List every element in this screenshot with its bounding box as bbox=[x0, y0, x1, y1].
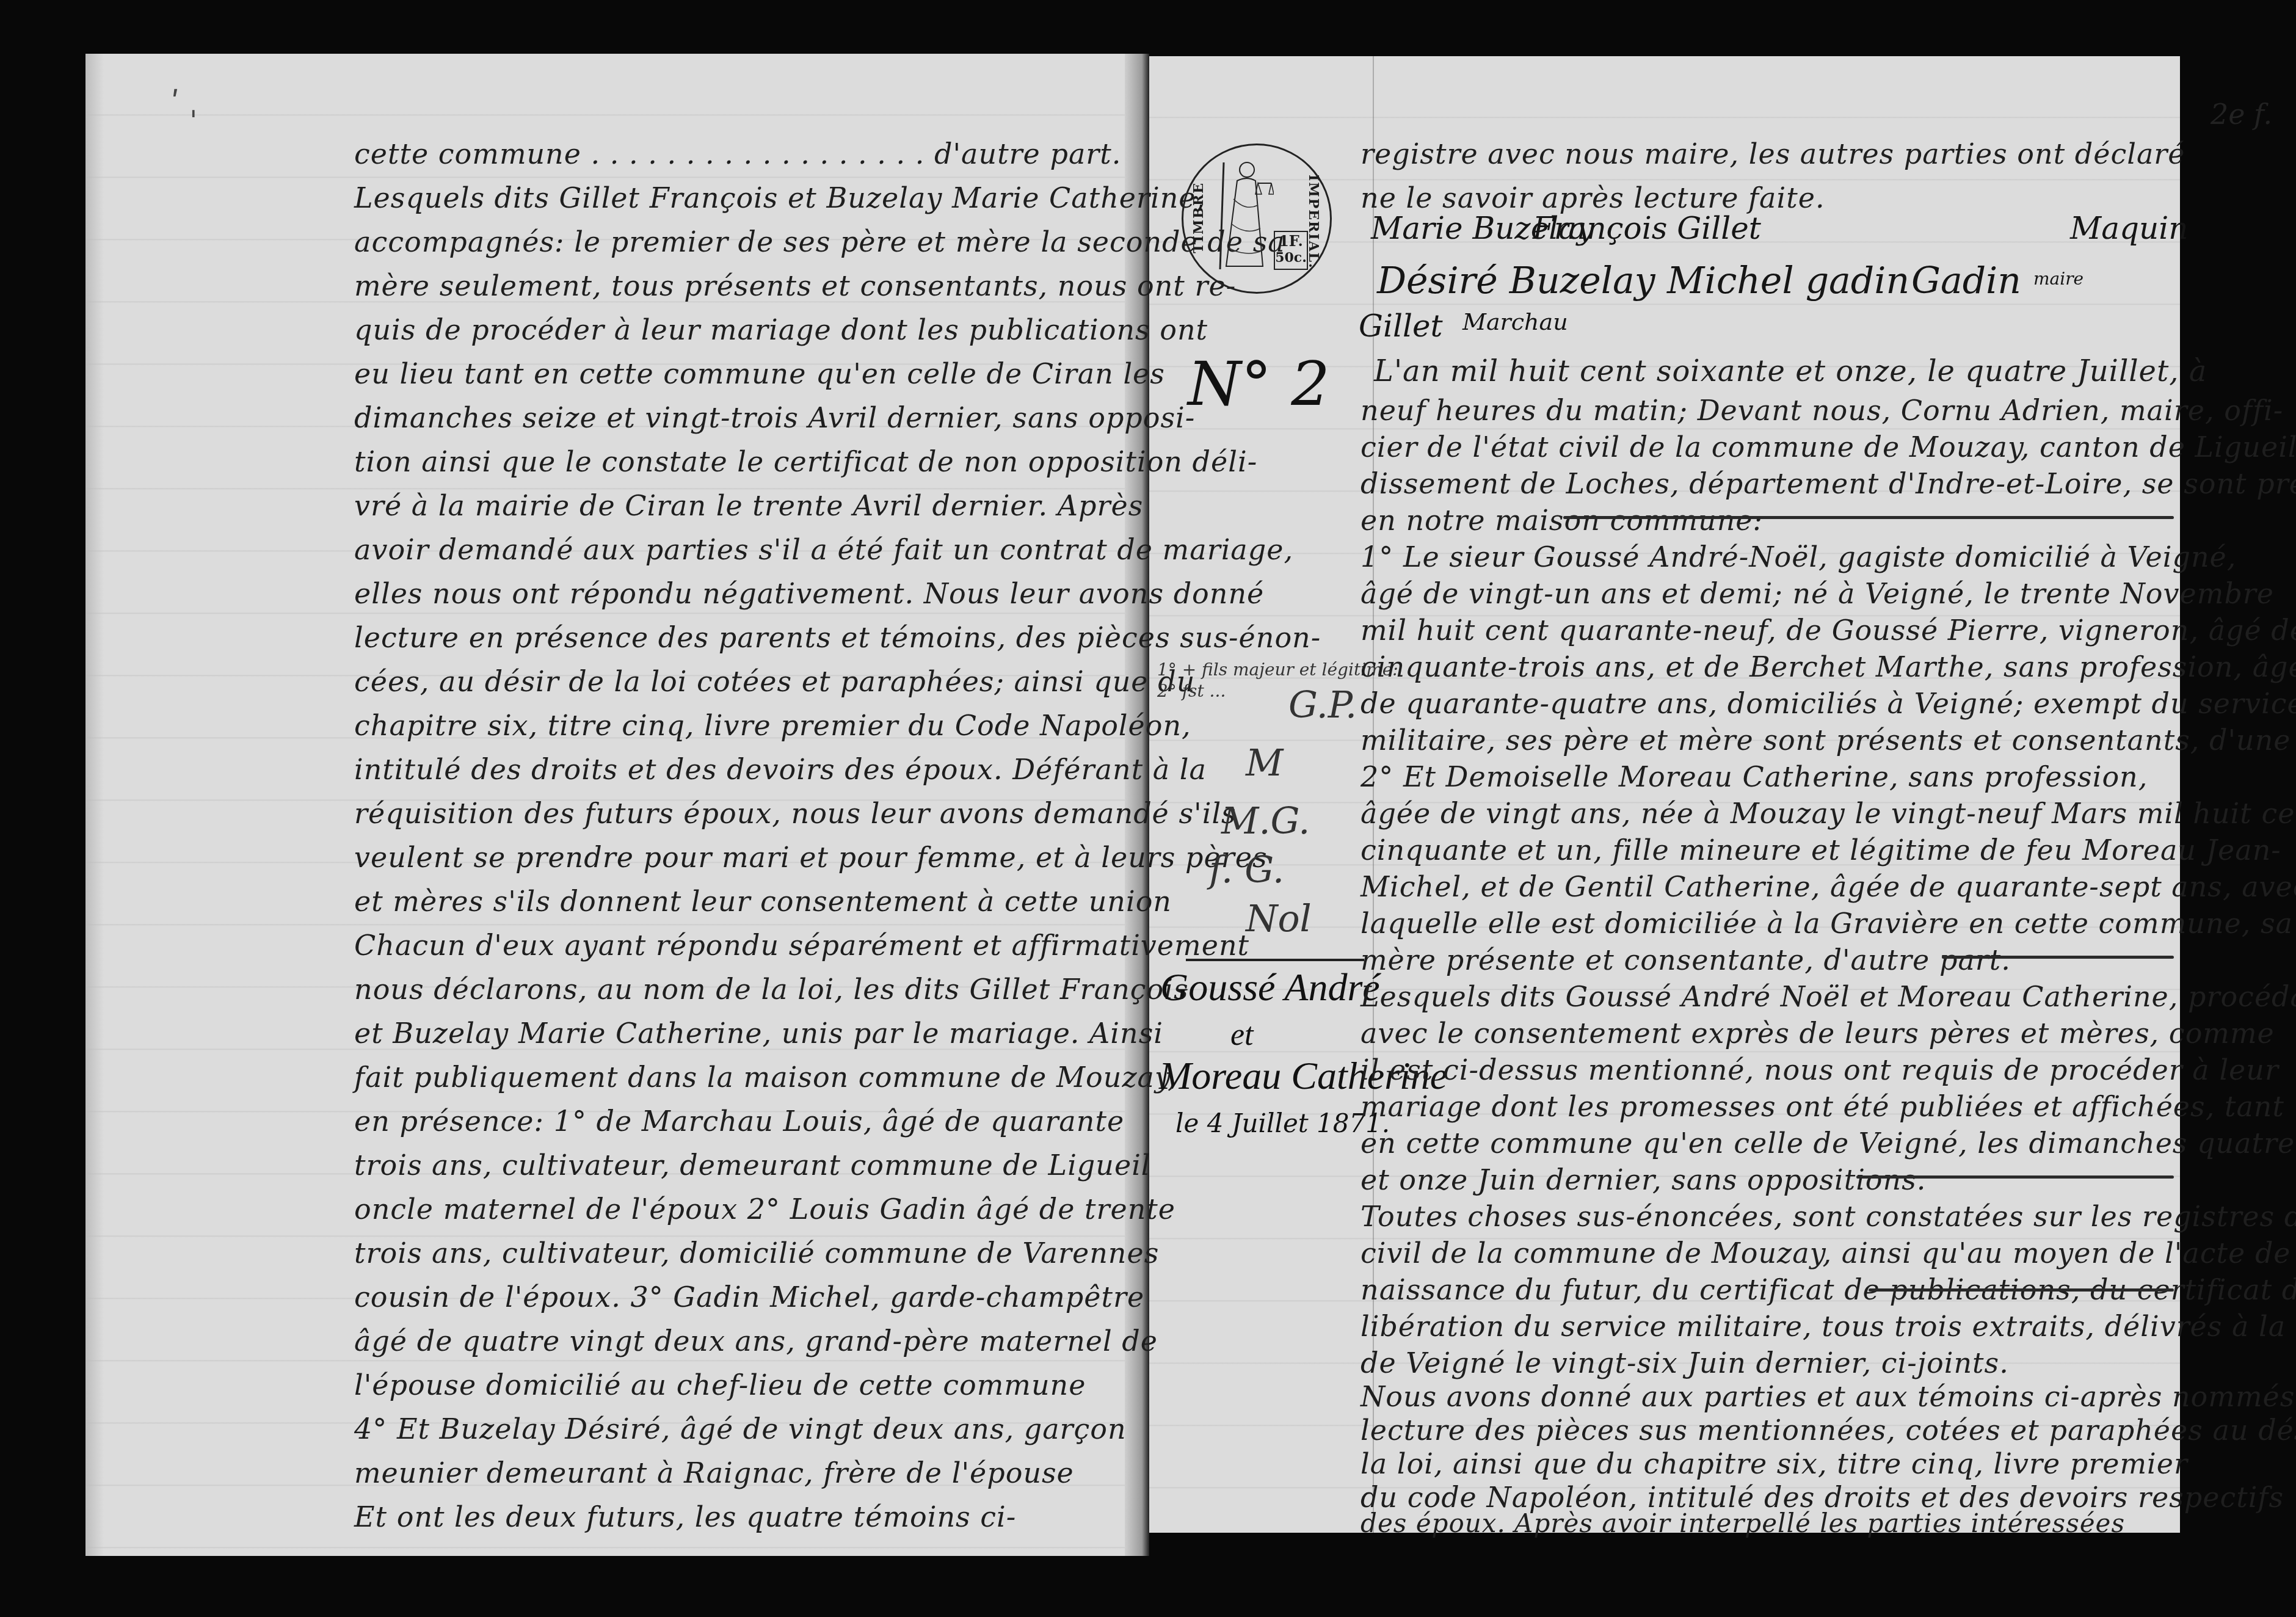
margin-initials: f. G. bbox=[1209, 849, 1284, 892]
text-line: trois ans, cultivateur, domicilié commun… bbox=[354, 1237, 1159, 1270]
text-line: avoir demandé aux parties s'il a été fai… bbox=[354, 533, 1293, 566]
filler-line bbox=[1856, 1176, 2174, 1179]
margin-initials: M.G. bbox=[1221, 800, 1310, 843]
signature-gadin: Gadin bbox=[1911, 260, 2021, 302]
stamp-label-right: IMPERIAL. bbox=[1306, 175, 1321, 269]
text-line: cinquante-trois ans, et de Berchet Marth… bbox=[1361, 650, 2296, 683]
text-line: mariage dont les promesses ont été publi… bbox=[1361, 1090, 2284, 1123]
text-line: 4° Et Buzelay Désiré, âgé de vingt deux … bbox=[354, 1412, 1127, 1445]
signature-michel-gadin: Michel gadin bbox=[1667, 260, 1909, 302]
text-line: 2° Et Demoiselle Moreau Catherine, sans … bbox=[1361, 760, 2148, 793]
text-line: cinquante et un, fille mineure et légiti… bbox=[1361, 834, 2281, 867]
signature-francois-gillet: François Gillet bbox=[1533, 211, 1761, 246]
text-line: âgé de vingt-un ans et demi; né à Veigné… bbox=[1361, 577, 2274, 610]
text-line: elles nous ont répondu négativement. Nou… bbox=[354, 577, 1264, 610]
text-line: la loi, ainsi que du chapitre six, titre… bbox=[1361, 1447, 2188, 1480]
text-line: mil huit cent quarante-neuf, de Goussé P… bbox=[1361, 614, 2296, 647]
text-line: Lesquels dits Goussé André Noël et Morea… bbox=[1361, 980, 2296, 1013]
text-line: en notre maison commune: bbox=[1361, 504, 1763, 537]
text-line: eu lieu tant en cette commune qu'en cell… bbox=[354, 357, 1165, 390]
margin-initials: M bbox=[1246, 742, 1283, 785]
text-line: Nous avons donné aux parties et aux témo… bbox=[1361, 1380, 2295, 1413]
text-line: tion ainsi que le constate le certificat… bbox=[354, 445, 1257, 478]
text-line: Toutes choses sus-énoncées, sont constat… bbox=[1361, 1200, 2296, 1233]
text-line: âgée de vingt ans, née à Mouzay le vingt… bbox=[1361, 797, 2296, 830]
text-line: mère seulement, tous présents et consent… bbox=[354, 269, 1236, 302]
margin-title-date: le 4 Juillet 1871. bbox=[1175, 1108, 1390, 1138]
imperial-tax-stamp: TIMBRE 1F. 50c. IMPERIAL. bbox=[1182, 144, 1332, 294]
margin-title-rule bbox=[1186, 959, 1364, 961]
text-line: Chacun d'eux ayant répondu séparément et… bbox=[354, 929, 1249, 962]
text-line: registre avec nous maire, les autres par… bbox=[1361, 137, 2185, 170]
text-line: cousin de l'époux. 3° Gadin Michel, gard… bbox=[354, 1281, 1144, 1314]
text-line: cette commune . . . . . . . . . . . . . … bbox=[354, 137, 1121, 170]
left-page-edge-shadow bbox=[85, 54, 104, 1556]
stamp-label-left: TIMBRE bbox=[1191, 182, 1207, 253]
stamp-value-box: 1F. 50c. bbox=[1274, 231, 1308, 270]
text-line: Michel, et de Gentil Catherine, âgée de … bbox=[1361, 870, 2296, 903]
text-line: et onze Juin dernier, sans oppositions. bbox=[1361, 1163, 1926, 1196]
text-line: en cette commune qu'en celle de Veigné, … bbox=[1361, 1127, 2295, 1160]
text-line: lecture des pièces sus mentionnées, coté… bbox=[1361, 1414, 2296, 1447]
text-line: ne le savoir après lecture faite. bbox=[1361, 181, 1825, 214]
filler-line bbox=[1869, 1288, 2174, 1292]
text-line: dissement de Loches, département d'Indre… bbox=[1361, 467, 2296, 500]
text-line: Lesquels dits Gillet François et Buzelay… bbox=[354, 181, 1205, 214]
text-line: quis de procéder à leur mariage dont les… bbox=[354, 313, 1208, 346]
margin-initials: G.P. bbox=[1288, 684, 1357, 727]
text-line: oncle maternel de l'époux 2° Louis Gadin… bbox=[354, 1193, 1175, 1226]
margin-note: 2° fst ... bbox=[1157, 681, 1226, 701]
signature-gillet: Gillet bbox=[1359, 308, 1443, 344]
text-line: veulent se prendre pour mari et pour fem… bbox=[354, 841, 1268, 874]
text-line: et mères s'ils donnent leur consentement… bbox=[354, 885, 1172, 918]
text-line: en présence: 1° de Marchau Louis, âgé de… bbox=[354, 1105, 1124, 1138]
text-line: nous déclarons, au nom de la loi, les di… bbox=[354, 973, 1189, 1006]
text-line: accompagnés: le premier de ses père et m… bbox=[354, 225, 1285, 258]
filler-line bbox=[1942, 956, 2174, 959]
signature-desire-buzelay: Désiré Buzelay bbox=[1377, 260, 1655, 302]
text-line: laquelle elle est domiciliée à la Graviè… bbox=[1361, 907, 2293, 940]
text-line: neuf heures du matin; Devant nous, Cornu… bbox=[1361, 394, 2283, 427]
text-line: militaire, ses père et mère sont présent… bbox=[1361, 724, 2296, 757]
text-line: civil de la commune de Mouzay, ainsi qu'… bbox=[1361, 1237, 2291, 1270]
filler-line bbox=[1563, 516, 2174, 519]
text-line: mère présente et consentante, d'autre pa… bbox=[1361, 943, 2011, 976]
text-line: il est ci-dessus mentionné, nous ont req… bbox=[1361, 1053, 2279, 1086]
margin-title-groom: Goussé André bbox=[1160, 965, 1380, 1010]
text-line: cées, au désir de la loi cotées et parap… bbox=[354, 665, 1195, 698]
text-line: dimanches seize et vingt-trois Avril der… bbox=[354, 401, 1195, 434]
folio-number: 2e f. bbox=[2211, 98, 2272, 131]
register-entry-number: N° 2 bbox=[1188, 348, 1330, 420]
text-line: réquisition des futurs époux, nous leur … bbox=[354, 797, 1237, 830]
text-line: lecture en présence des parents et témoi… bbox=[354, 621, 1321, 654]
signature-maire-label: maire bbox=[2033, 269, 2083, 289]
text-line: intitulé des droits et des devoirs des é… bbox=[354, 753, 1207, 786]
text-line: et Buzelay Marie Catherine, unis par le … bbox=[354, 1017, 1163, 1050]
text-line: libération du service militaire, tous tr… bbox=[1361, 1310, 2296, 1343]
text-line: vré à la mairie de Ciran le trente Avril… bbox=[354, 489, 1143, 522]
signature-maquin: Maquin bbox=[2070, 211, 2188, 246]
text-line: fait publiquement dans la maison commune… bbox=[354, 1061, 1177, 1094]
text-line: 1° Le sieur Goussé André-Noël, gagiste d… bbox=[1361, 540, 2236, 573]
text-line: cier de l'état civil de la commune de Mo… bbox=[1361, 431, 2296, 463]
margin-title-and: et bbox=[1230, 1017, 1254, 1053]
text-line: chapitre six, titre cinq, livre premier … bbox=[354, 709, 1191, 742]
text-line: de quarante-quatre ans, domiciliés à Vei… bbox=[1361, 687, 2296, 720]
text-line: de Veigné le vingt-six Juin dernier, ci-… bbox=[1361, 1346, 2009, 1379]
text-line: âgé de quatre vingt deux ans, grand-père… bbox=[354, 1324, 1158, 1357]
text-line: meunier demeurant à Raignac, frère de l'… bbox=[354, 1456, 1074, 1489]
margin-initials: Nol bbox=[1246, 898, 1312, 940]
justice-figure-icon bbox=[1215, 156, 1274, 272]
text-line: trois ans, cultivateur, demeurant commun… bbox=[354, 1149, 1151, 1182]
text-line: des époux. Après avoir interpellé les pa… bbox=[1361, 1508, 2125, 1538]
text-line: avec le consentement exprès de leurs pèr… bbox=[1361, 1017, 2275, 1050]
ink-blot: ʹ ˌ bbox=[171, 85, 198, 121]
text-line: l'épouse domicilié au chef-lieu de cette… bbox=[354, 1368, 1086, 1401]
text-line: Et ont les deux futurs, les quatre témoi… bbox=[354, 1500, 1016, 1533]
signature-marchau: Marchau bbox=[1462, 308, 1568, 335]
text-line: L'an mil huit cent soixante et onze, le … bbox=[1374, 354, 2207, 388]
